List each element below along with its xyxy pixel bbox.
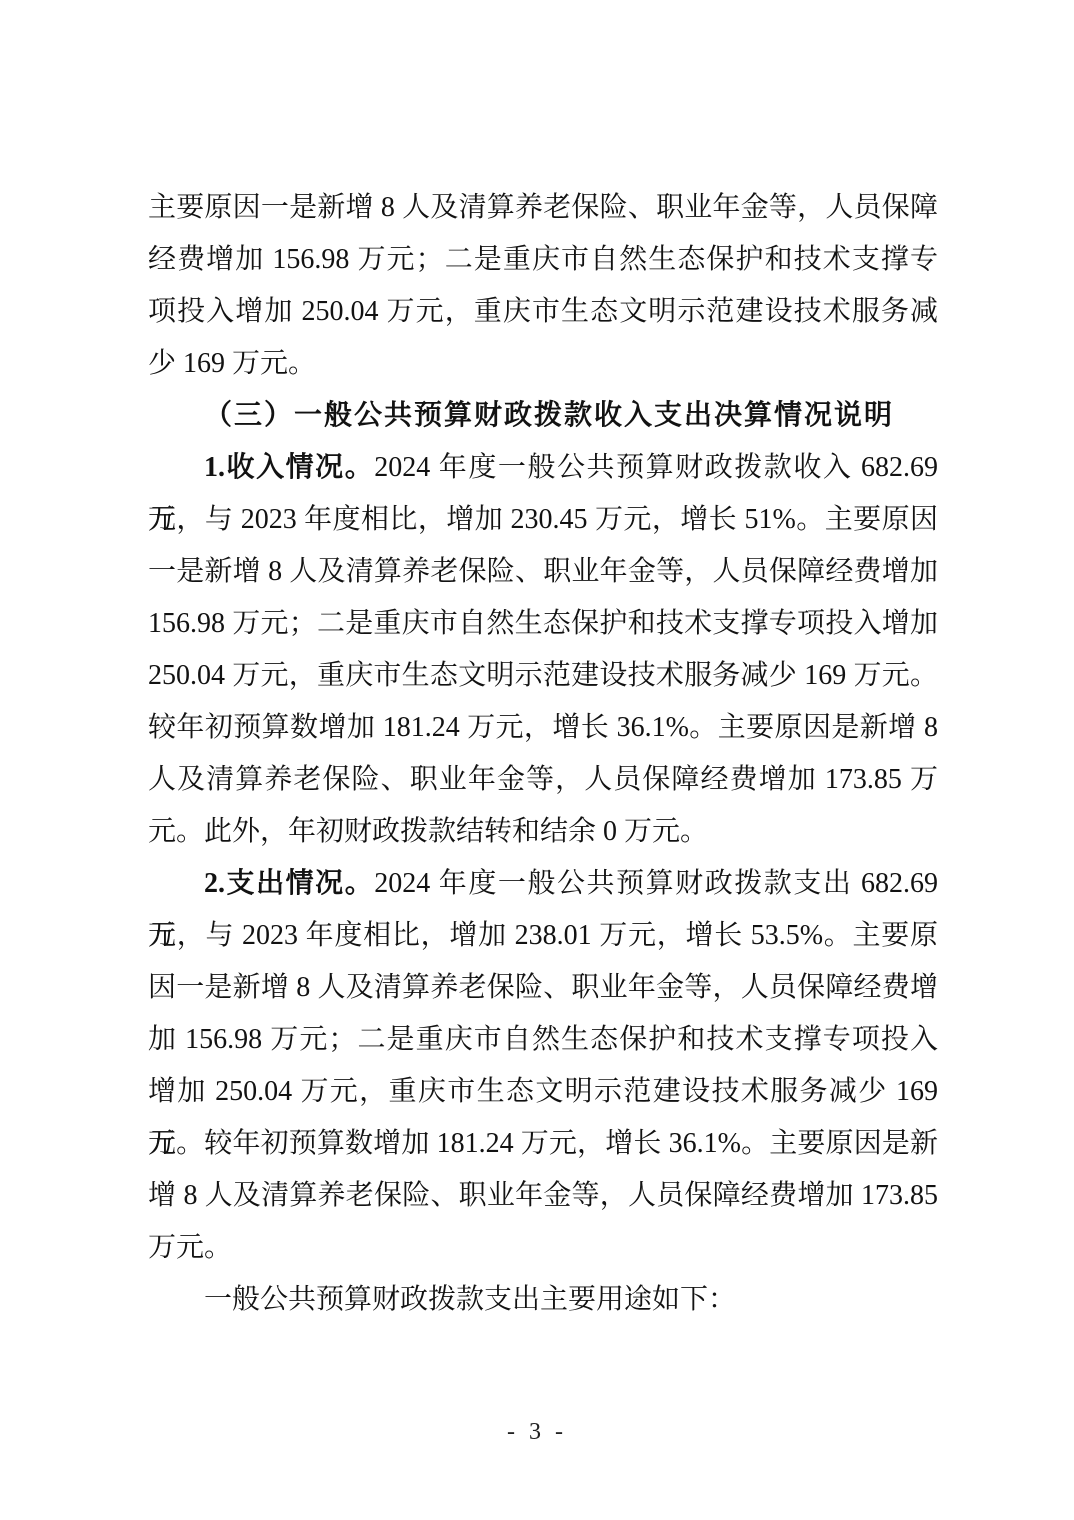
text-line: 项投入增加 250.04 万元，重庆市生态文明示范建设技术服务减 — [148, 286, 938, 338]
paragraph-lead: 2.支出情况。 — [204, 868, 374, 899]
text-line: 元。此外，年初财政拨款结转和结余 0 万元。 — [148, 806, 938, 858]
text-line: 一般公共预算财政拨款支出主要用途如下： — [148, 1274, 938, 1326]
text-line: 因一是新增 8 人及清算养老保险、职业年金等，人员保障经费增 — [148, 962, 938, 1014]
text-line: 经费增加 156.98 万元；二是重庆市自然生态保护和技术支撑专 — [148, 234, 938, 286]
text-line: 2.支出情况。2024 年度一般公共预算财政拨款支出 682.69 万 — [148, 858, 938, 910]
text-line: 万元。 — [148, 1222, 938, 1274]
text-line: 元，与 2023 年度相比，增加 230.45 万元，增长 51%。主要原因 — [148, 494, 938, 546]
text-line: 人及清算养老保险、职业年金等，人员保障经费增加 173.85 万 — [148, 754, 938, 806]
document-body: 主要原因一是新增 8 人及清算养老保险、职业年金等，人员保障 经费增加 156.… — [148, 182, 938, 1326]
page-number: - 3 - — [0, 1412, 1074, 1452]
text-line: 主要原因一是新增 8 人及清算养老保险、职业年金等，人员保障 — [148, 182, 938, 234]
text-line: 增加 250.04 万元，重庆市生态文明示范建设技术服务减少 169 万 — [148, 1066, 938, 1118]
paragraph-lead: 1.收入情况。 — [204, 452, 374, 483]
text-line: 增 8 人及清算养老保险、职业年金等，人员保障经费增加 173.85 — [148, 1170, 938, 1222]
text-line: 少 169 万元。 — [148, 338, 938, 390]
text-line: 元。较年初预算数增加 181.24 万元，增长 36.1%。主要原因是新 — [148, 1118, 938, 1170]
text-line: 较年初预算数增加 181.24 万元，增长 36.1%。主要原因是新增 8 — [148, 702, 938, 754]
text-line: 1.收入情况。2024 年度一般公共预算财政拨款收入 682.69 万 — [148, 442, 938, 494]
text-line: 加 156.98 万元；二是重庆市自然生态保护和技术支撑专项投入 — [148, 1014, 938, 1066]
text-line: 一是新增 8 人及清算养老保险、职业年金等，人员保障经费增加 — [148, 546, 938, 598]
text-line: 250.04 万元，重庆市生态文明示范建设技术服务减少 169 万元。 — [148, 650, 938, 702]
document-page: 主要原因一是新增 8 人及清算养老保险、职业年金等，人员保障 经费增加 156.… — [0, 0, 1074, 1520]
text-line: 元，与 2023 年度相比，增加 238.01 万元，增长 53.5%。主要原 — [148, 910, 938, 962]
text-line: 156.98 万元；二是重庆市自然生态保护和技术支撑专项投入增加 — [148, 598, 938, 650]
section-heading: （三）一般公共预算财政拨款收入支出决算情况说明 — [148, 390, 938, 442]
